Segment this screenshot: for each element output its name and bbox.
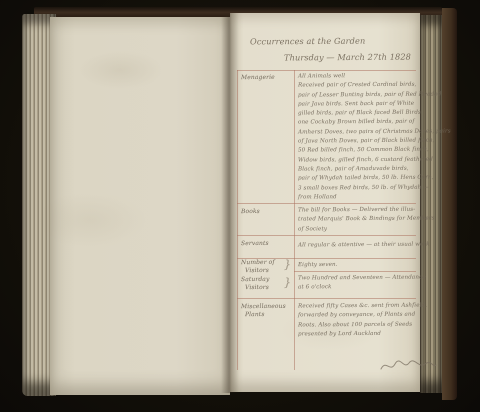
row-divider	[237, 298, 416, 299]
ledger-line: trated Marquis' Book & Bindings for Memb…	[298, 215, 435, 225]
servants-entry: All regular & attentive — at their usual…	[298, 241, 430, 251]
ledger-line: pair of Whydah tailed birds, 50 lb. Hens…	[298, 174, 451, 184]
table-rule-margin	[294, 70, 295, 370]
date-heading: Thursday — March 27th 1828	[284, 52, 411, 63]
row-divider	[294, 271, 416, 272]
ledger-line: Received pair of Crested Cardinal birds,	[298, 81, 451, 91]
ledger-line: at 6 o'clock	[298, 283, 426, 293]
visitor-count-entry: Eighty seven.	[298, 261, 338, 271]
ledger-line: presented by Lord Auckland	[298, 329, 427, 339]
ledger-line: of Society	[298, 224, 435, 234]
menagerie-entry: All Animals well Received pair of Creste…	[298, 72, 451, 202]
row-label-servants: Servants	[241, 240, 269, 248]
row-label-miscellaneous-plants: Miscellaneous Plants	[241, 303, 286, 318]
ledger-line: forwarded by conveyance, of Plants and	[298, 311, 427, 321]
saturday-visitors-entry: Two Hundred and Seventeen — Attendance a…	[298, 274, 426, 293]
row-divider	[237, 203, 416, 204]
row-label-saturday-visitors: Saturday Visitors	[241, 276, 269, 291]
ledger-line: from Holland	[298, 192, 451, 202]
table-rule-left	[237, 70, 238, 370]
label-brace: }	[284, 276, 291, 289]
signature-scrawl	[378, 356, 438, 376]
row-divider	[237, 235, 416, 236]
label-brace: }	[284, 258, 291, 271]
book-cover-edge	[442, 8, 457, 400]
books-entry: The bill for Books — Delivered the illus…	[298, 206, 435, 234]
ledger-photo: Occurrences at the Garden Thursday — Mar…	[0, 0, 480, 412]
page-title: Occurrences at the Garden	[250, 36, 365, 47]
table-rule-top	[237, 70, 416, 71]
left-blank-page	[50, 17, 230, 395]
row-label-menagerie: Menagerie	[241, 74, 275, 82]
plants-entry: Received fifty Cases &c. sent from Ashfi…	[298, 302, 427, 339]
row-label-number-of-visitors: Number of Visitors	[241, 259, 275, 274]
row-label-books: Books	[241, 208, 260, 216]
